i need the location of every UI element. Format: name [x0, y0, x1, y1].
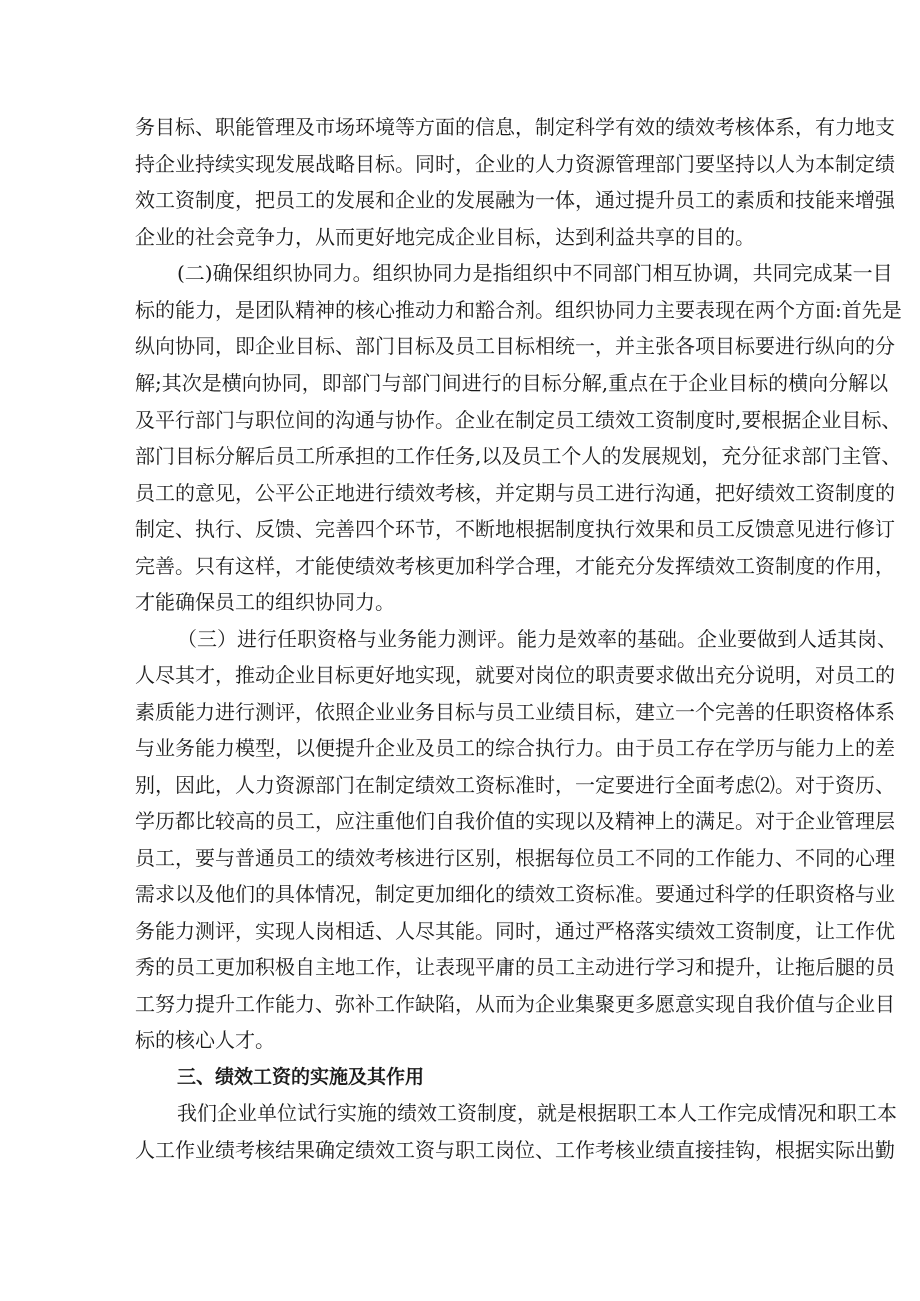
text-line: 别，因此，人力资源部门在制定绩效工资标准时，一定要进行全面考虑⑵。对于资历、 — [135, 773, 787, 797]
document-page: 务目标、职能管理及市场环境等方面的信息，制定科学有效的绩效考核体系，有力地支 持… — [0, 0, 920, 1301]
text-line: 完善。只有这样，才能使绩效考核更加科学合理，才能充分发挥绩效工资制度的作用， — [135, 554, 787, 578]
text-line: 企业的社会竞争力，从而更好地完成企业目标，达到利益共享的目的。 — [135, 225, 787, 249]
text-line: 人尽其才，推动企业目标更好地实现，就要对岗位的职责要求做出充分说明，对员工的 — [135, 663, 787, 687]
text-line: 人工作业绩考核结果确定绩效工资与职工岗位、工作考核业绩直接挂钩，根据实际出勤 — [135, 1138, 787, 1162]
text-line: (二)确保组织协同力。组织协同力是指组织中不同部门相互协调，共同完成某一目 — [177, 261, 787, 285]
text-line: 员工的意见，公平公正地进行绩效考核，并定期与员工进行沟通，把好绩效工资制度的 — [135, 481, 787, 505]
text-line: 效工资制度，把员工的发展和企业的发展融为一体，通过提升员工的素质和技能来增强 — [135, 188, 787, 212]
text-line: 务目标、职能管理及市场环境等方面的信息，制定科学有效的绩效考核体系，有力地支 — [135, 115, 787, 139]
text-line: 我们企业单位试行实施的绩效工资制度，就是根据职工本人工作完成情况和职工本 — [177, 1101, 787, 1125]
text-line: 解;其次是横向协同，即部门与部门间进行的目标分解,重点在于企业目标的横向分解以 — [135, 371, 787, 395]
text-line: 持企业持续实现发展战略目标。同时，企业的人力资源管理部门要坚持以人为本制定绩 — [135, 152, 787, 176]
text-line: 工努力提升工作能力、弥补工作缺陷，从而为企业集聚更多愿意实现自我价值与企业目 — [135, 992, 787, 1016]
text-line: 部门目标分解后员工所承担的工作任务,以及员工个人的发展规划，充分征求部门主管、 — [135, 444, 787, 468]
text-line: （三）进行任职资格与业务能力测评。能力是效率的基础。企业要做到人适其岗、 — [177, 627, 787, 651]
text-line: 及平行部门与职位间的沟通与协作。企业在制定员工绩效工资制度时,要根据企业目标、 — [135, 408, 787, 432]
text-line: 制定、执行、反馈、完善四个环节，不断地根据制度执行效果和员工反馈意见进行修订 — [135, 517, 787, 541]
text-line: 务能力测评，实现人岗相适、人尽其能。同时，通过严格落实绩效工资制度，让工作优 — [135, 919, 787, 943]
text-line: 标的能力，是团队精神的核心推动力和豁合剂。组织协同力主要表现在两个方面:首先是 — [135, 298, 787, 322]
text-line: 与业务能力模型，以便提升企业及员工的综合执行力。由于员工存在学历与能力上的差 — [135, 736, 787, 760]
text-line: 纵向协同，即企业目标、部门目标及员工目标相统一，并主张各项目标要进行纵向的分 — [135, 334, 787, 358]
text-line: 秀的员工更加积极自主地工作，让表现平庸的员工主动进行学习和提升，让拖后腿的员 — [135, 955, 787, 979]
text-line: 才能确保员工的组织协同力。 — [135, 590, 787, 614]
text-line: 素质能力进行测评，依照企业业务目标与员工业绩目标，建立一个完善的任职资格体系 — [135, 700, 787, 724]
text-line: 标的核心人才。 — [135, 1028, 787, 1052]
text-line: 学历都比较高的员工，应注重他们自我价值的实现以及精神上的满足。对于企业管理层 — [135, 809, 787, 833]
text-line: 需求以及他们的具体情况，制定更加细化的绩效工资标准。要通过科学的任职资格与业 — [135, 882, 787, 906]
text-line: 员工，要与普通员工的绩效考核进行区别，根据每位员工不同的工作能力、不同的心理 — [135, 846, 787, 870]
section-heading: 三、绩效工资的实施及其作用 — [177, 1065, 787, 1089]
